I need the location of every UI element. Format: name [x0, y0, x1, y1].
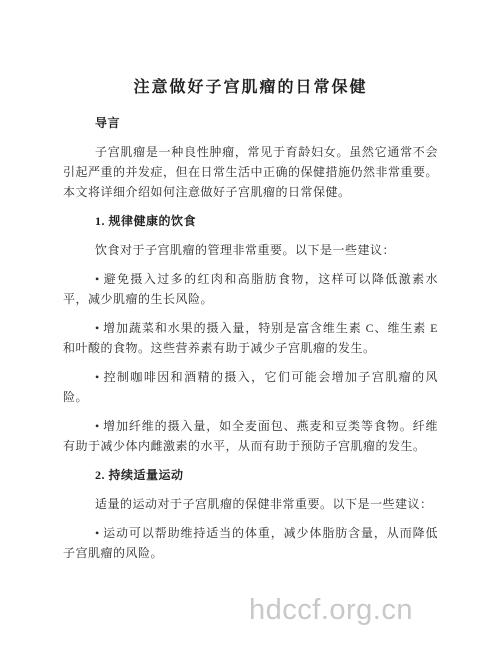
bullet-text: 运动可以帮助维持适当的体重，减少体脂肪含量，从而降低子宫肌瘤的风险。: [63, 526, 438, 560]
bullet-icon: •: [95, 370, 100, 384]
bullet-icon: •: [95, 272, 100, 286]
bullet-item: •控制咖啡因和酒精的摄入，它们可能会增加子宫肌瘤的风险。: [63, 367, 438, 407]
bullet-text: 增加纤维的摄入量，如全麦面包、燕麦和豆类等食物。纤维有助于减少体内雌激素的水平，…: [63, 419, 438, 453]
body-paragraph: 饮食对于子宫肌瘤的管理非常重要。以下是一些建议：: [63, 240, 438, 260]
page-title: 注意做好子宫肌瘤的日常保健: [63, 76, 438, 100]
document-page: 注意做好子宫肌瘤的日常保健 导言子宫肌瘤是一种良性肿瘤，常见于育龄妇女。虽然它通…: [0, 0, 500, 647]
section-heading: 2. 持续适量运动: [63, 465, 438, 485]
bullet-item: •增加蔬菜和水果的摄入量，特别是富含维生素 C、维生素 E 和叶酸的食物。这些营…: [63, 318, 438, 358]
bullet-text: 增加蔬菜和水果的摄入量，特别是富含维生素 C、维生素 E 和叶酸的食物。这些营养…: [63, 321, 438, 355]
document-body: 导言子宫肌瘤是一种良性肿瘤，常见于育龄妇女。虽然它通常不会引起严重的并发症，但在…: [63, 113, 438, 563]
section-heading: 导言: [63, 113, 438, 133]
bullet-icon: •: [95, 321, 100, 335]
bullet-item: •运动可以帮助维持适当的体重，减少体脂肪含量，从而降低子宫肌瘤的风险。: [63, 523, 438, 563]
bullet-item: •增加纤维的摄入量，如全麦面包、燕麦和豆类等食物。纤维有助于减少体内雌激素的水平…: [63, 416, 438, 456]
body-paragraph: 适量的运动对于子宫肌瘤的保健非常重要。以下是一些建议：: [63, 494, 438, 514]
bullet-item: •避免摄入过多的红肉和高脂肪食物，这样可以降低激素水平，减少肌瘤的生长风险。: [63, 269, 438, 309]
section-heading: 1. 规律健康的饮食: [63, 211, 438, 231]
bullet-icon: •: [95, 526, 100, 540]
watermark: hdccf.org.cn: [249, 595, 413, 625]
body-paragraph: 子宫肌瘤是一种良性肿瘤，常见于育龄妇女。虽然它通常不会引起严重的并发症，但在日常…: [63, 142, 438, 202]
bullet-text: 避免摄入过多的红肉和高脂肪食物，这样可以降低激素水平，减少肌瘤的生长风险。: [63, 272, 438, 306]
bullet-text: 控制咖啡因和酒精的摄入，它们可能会增加子宫肌瘤的风险。: [63, 370, 438, 404]
bullet-icon: •: [95, 419, 100, 433]
